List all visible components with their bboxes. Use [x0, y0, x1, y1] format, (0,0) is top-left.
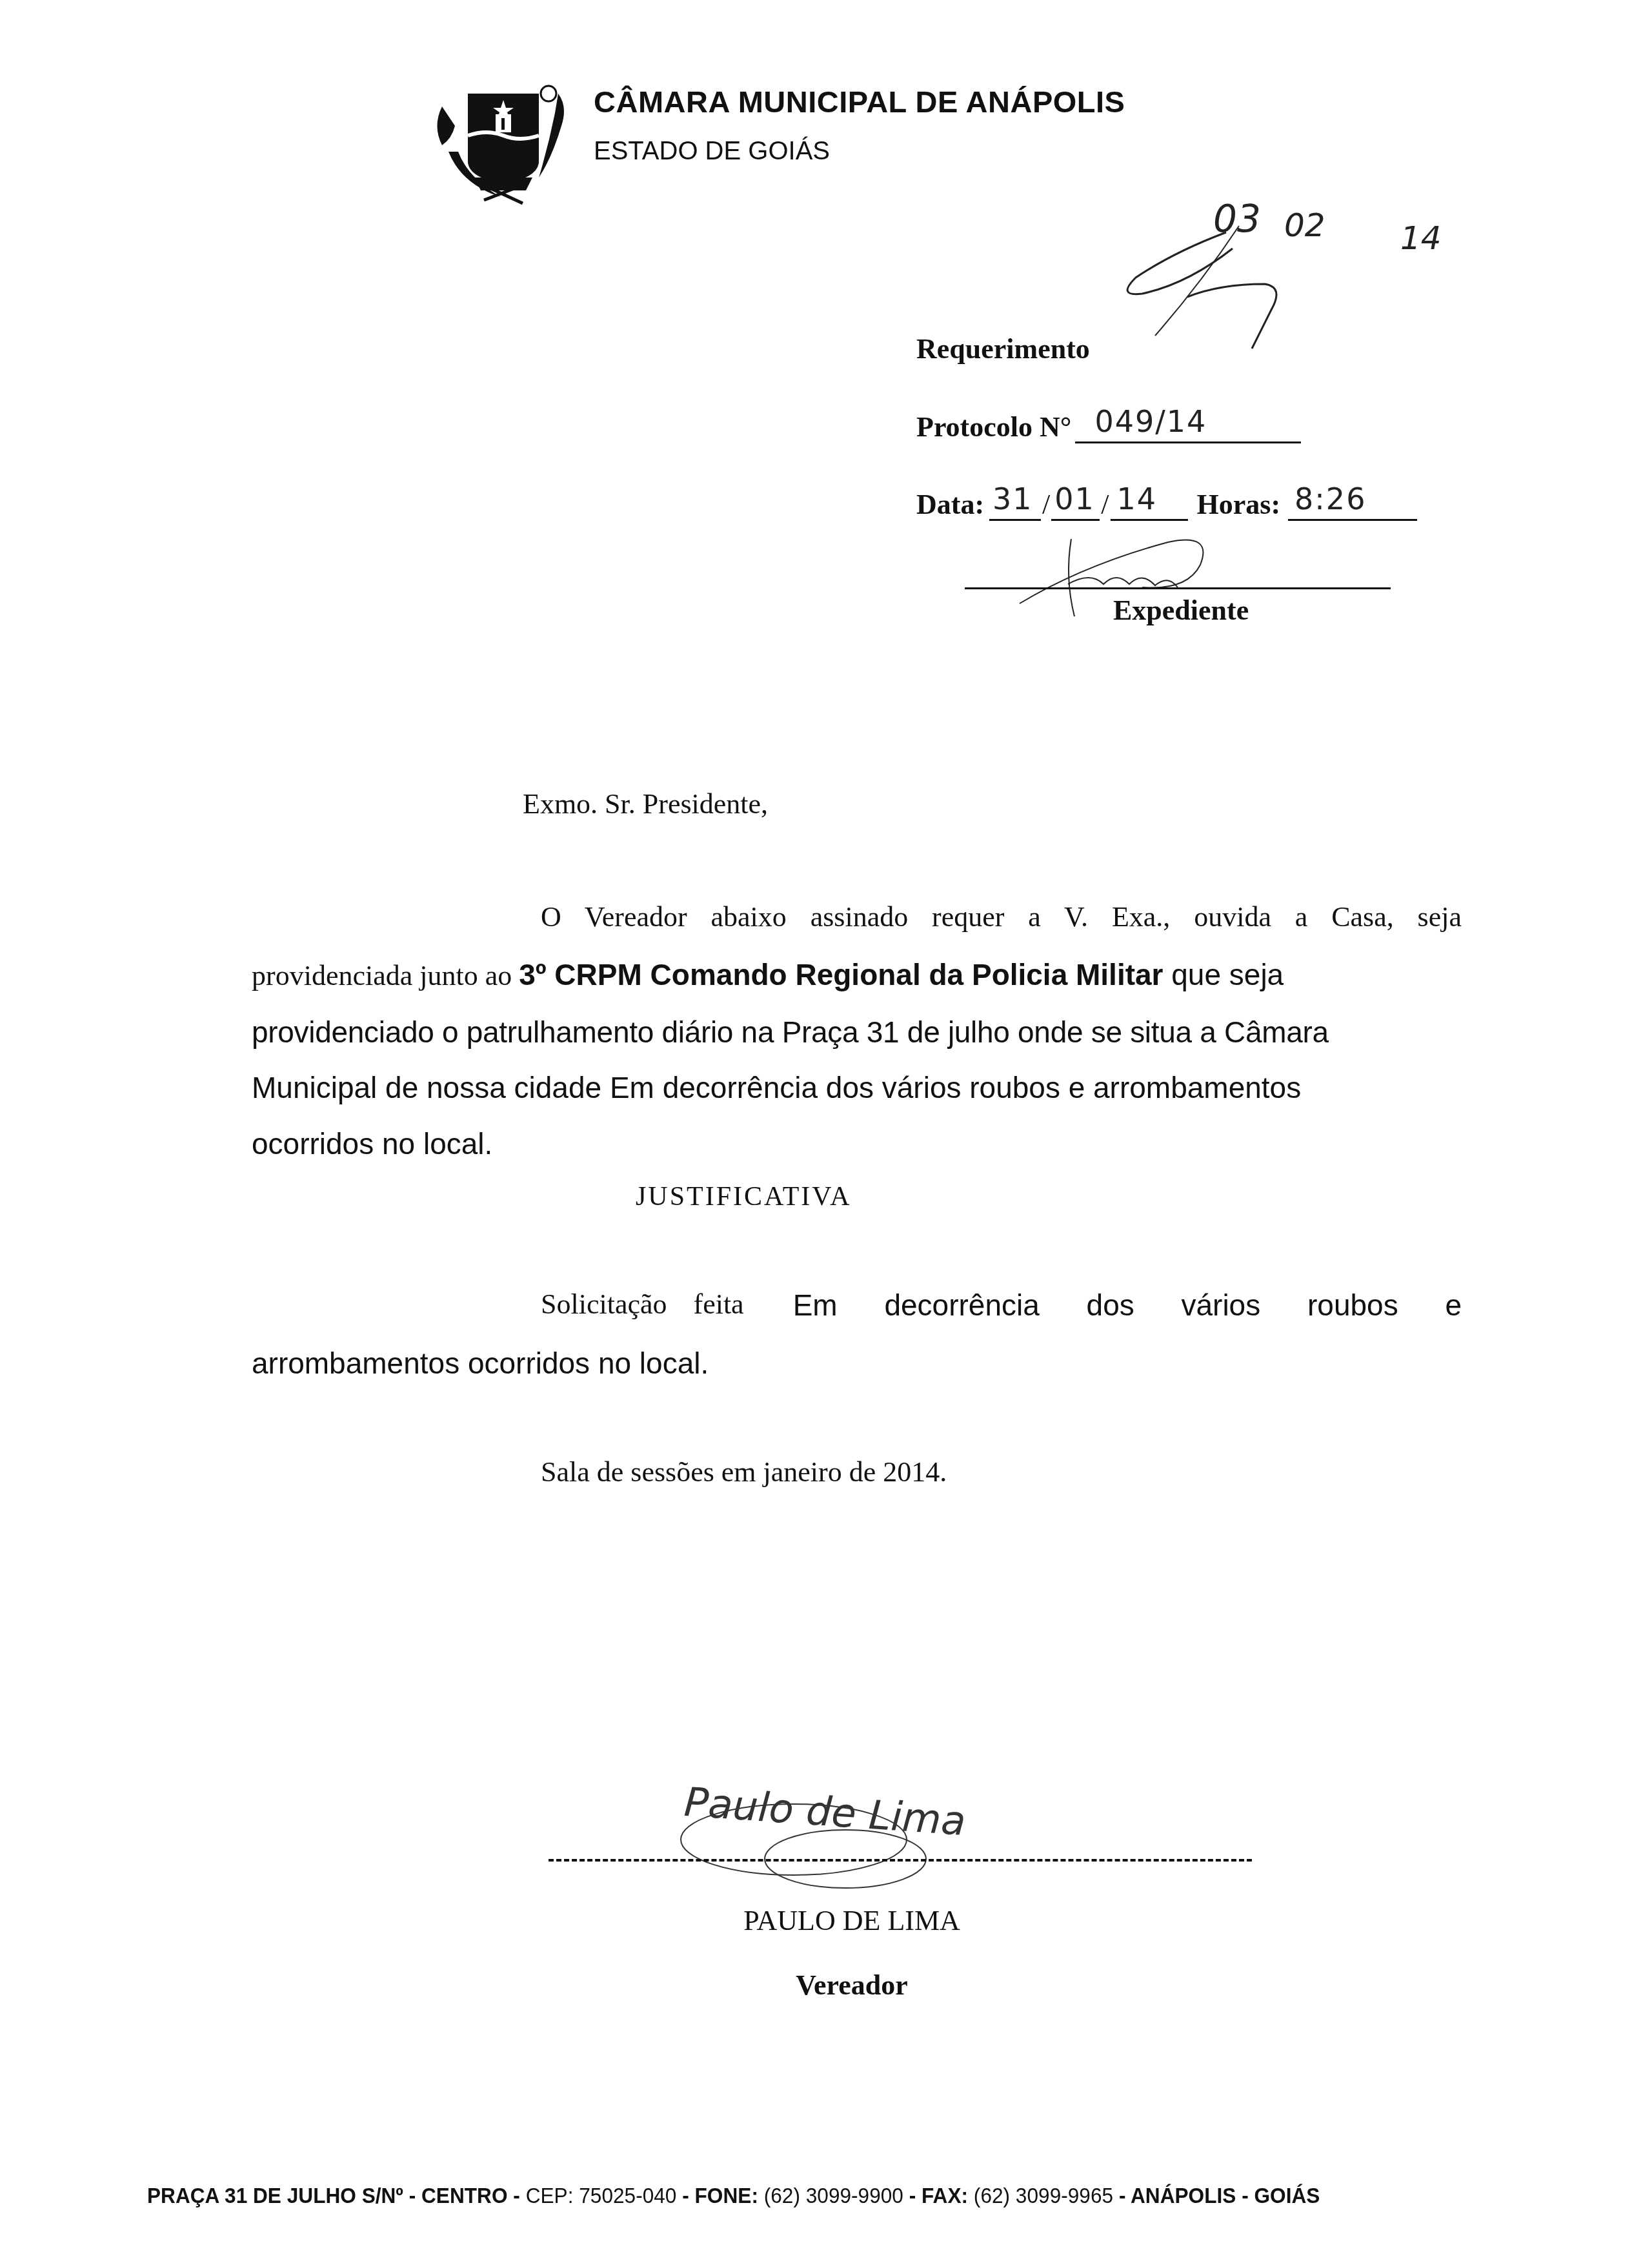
date-day-field: 31 [989, 484, 1041, 521]
time-field: 8:26 [1288, 484, 1417, 521]
stamp-day: 03 [1213, 197, 1261, 241]
municipal-coat-of-arms-icon [429, 68, 578, 207]
request-paragraph-line: providenciado o patrulhamento diário na … [252, 1015, 1462, 1050]
date-time-row: Data: 31 / 01 / 14 Horas: 8:26 [916, 484, 1417, 521]
handwritten-signature: Paulo de Lima [671, 1769, 1007, 1891]
request-paragraph-line: Municipal de nossa cidade Em decorrência… [252, 1070, 1462, 1105]
expediente-signature-line [965, 587, 1391, 589]
stamp-month: 02 [1284, 207, 1325, 244]
date-separator: / [1101, 488, 1109, 521]
date-year-field: 14 [1111, 484, 1188, 521]
signer-role: Vereador [0, 1969, 1652, 2002]
signature-line [549, 1859, 1252, 1862]
time-label: Horas: [1197, 488, 1281, 521]
date-month-field: 01 [1051, 484, 1100, 521]
handwritten-receipt-stamp: 03 02 14 [1097, 187, 1523, 355]
organization-name: CÂMARA MUNICIPAL DE ANÁPOLIS [594, 84, 1125, 119]
signer-name: PAULO DE LIMA [0, 1904, 1652, 1937]
justification-paragraph-line: Solicitação feita Em decorrência dos vár… [541, 1288, 1462, 1323]
footer-address: PRAÇA 31 DE JULHO S/Nº - CENTRO - CEP: 7… [147, 2184, 1320, 2209]
date-day-value: 31 [992, 482, 1033, 516]
expediente-label: Expediente [1113, 594, 1249, 627]
stamp-year: 14 [1400, 219, 1442, 257]
protocol-row: Protocolo N° 049/14 [916, 407, 1301, 443]
justification-heading: JUSTIFICATIVA [636, 1181, 852, 1212]
time-value: 8:26 [1294, 482, 1366, 516]
salutation: Exmo. Sr. Presidente, [523, 787, 768, 820]
date-label: Data: [916, 488, 984, 521]
document-type-label: Requerimento [916, 332, 1090, 365]
protocol-label: Protocolo N° [916, 411, 1071, 443]
request-paragraph-line: O Vereador abaixo assinado requer a V. E… [541, 900, 1462, 933]
request-paragraph-line: ocorridos no local. [252, 1126, 1462, 1161]
protocol-number-field: 049/14 [1075, 407, 1301, 443]
justification-paragraph-line: arrombamentos ocorridos no local. [252, 1346, 1462, 1381]
protocol-number-value: 049/14 [1094, 404, 1207, 439]
request-paragraph-line: providenciada junto ao 3º CRPM Comando R… [252, 957, 1462, 992]
date-year-value: 14 [1117, 482, 1158, 516]
closing-line: Sala de sessões em janeiro de 2014. [541, 1456, 947, 1488]
date-month-value: 01 [1054, 482, 1095, 516]
date-separator: / [1042, 488, 1050, 521]
organization-state: ESTADO DE GOIÁS [594, 137, 830, 166]
military-police-command: 3º CRPM Comando Regional da Policia Mili… [519, 958, 1163, 991]
